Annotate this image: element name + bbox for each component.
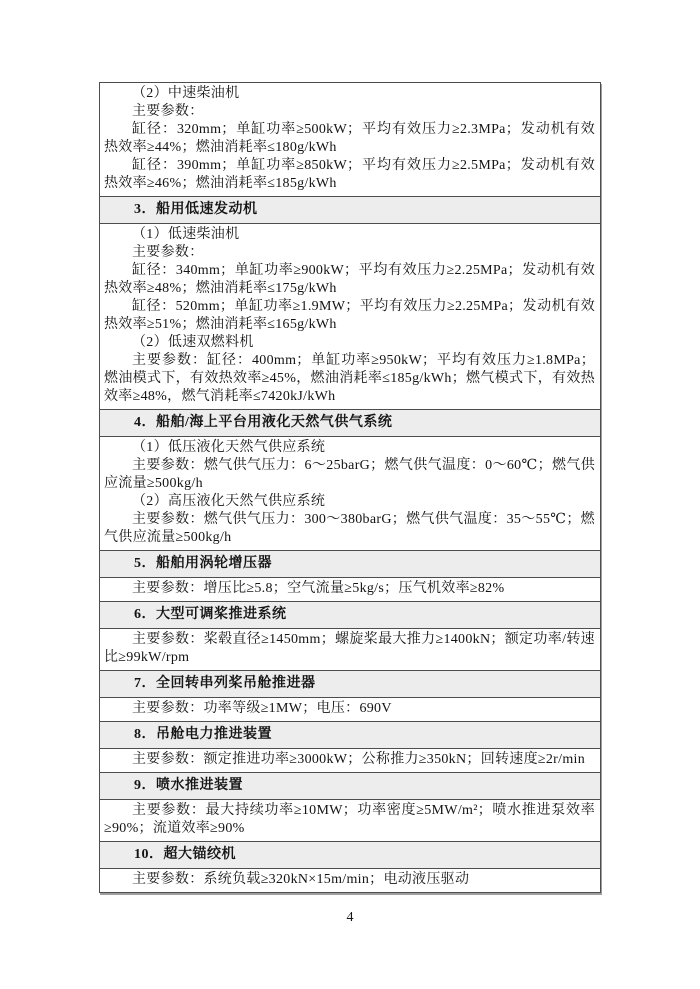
- spec-paragraph: 缸径：320mm；单缸功率≥500kW；平均有效压力≥2.3MPa；发动机有效热…: [104, 121, 595, 157]
- section-header-label: 4．船舶/海上平台用液化天然气供气系统: [100, 410, 601, 437]
- section-content-cell: 主要参数：最大持续功率≥10MW；功率密度≥5MW/m²；喷水推进泵效率≥90%…: [100, 800, 601, 842]
- section-header-row: 5．船舶用涡轮增压器: [100, 551, 601, 578]
- spec-paragraph: 主要参数：功率等级≥1MW；电压：690V: [104, 700, 595, 718]
- section-header-row: 3．船用低速发动机: [100, 197, 601, 224]
- spec-paragraph: （1）低速柴油机: [104, 226, 595, 244]
- spec-paragraph: 主要参数：最大持续功率≥10MW；功率密度≥5MW/m²；喷水推进泵效率≥90%…: [104, 802, 595, 838]
- page-number: 4: [0, 910, 700, 926]
- section-content-cell: （1）低压液化天然气供应系统主要参数：燃气供气压力：6～25barG；燃气供气温…: [100, 437, 601, 551]
- section-content-row: 主要参数：桨毂直径≥1450mm；螺旋桨最大推力≥1400kN；额定功率/转速比…: [100, 629, 601, 671]
- section-header-label: 3．船用低速发动机: [100, 197, 601, 224]
- spec-paragraph: 主要参数：桨毂直径≥1450mm；螺旋桨最大推力≥1400kN；额定功率/转速比…: [104, 631, 595, 667]
- spec-paragraph: 主要参数：额定推进功率≥3000kW；公称推力≥350kN；回转速度≥2r/mi…: [104, 751, 595, 769]
- section-content-cell: 主要参数：功率等级≥1MW；电压：690V: [100, 698, 601, 722]
- spec-paragraph: （2）高压液化天然气供应系统: [104, 493, 595, 511]
- section-content-cell: （1）低速柴油机主要参数：缸径：340mm；单缸功率≥900kW；平均有效压力≥…: [100, 224, 601, 410]
- spec-paragraph: 缸径：340mm；单缸功率≥900kW；平均有效压力≥2.25MPa；发动机有效…: [104, 262, 595, 298]
- section-content-row: （2）中速柴油机主要参数：缸径：320mm；单缸功率≥500kW；平均有效压力≥…: [100, 83, 601, 197]
- section-content-row: （1）低速柴油机主要参数：缸径：340mm；单缸功率≥900kW；平均有效压力≥…: [100, 224, 601, 410]
- spec-paragraph: 主要参数：系统负载≥320kN×15m/min；电动液压驱动: [104, 871, 595, 889]
- spec-paragraph: 缸径：390mm；单缸功率≥850kW；平均有效压力≥2.5MPa；发动机有效热…: [104, 157, 595, 193]
- section-header-row: 9．喷水推进装置: [100, 773, 601, 800]
- section-header-row: 8．吊舱电力推进装置: [100, 722, 601, 749]
- section-header-row: 7．全回转串列桨吊舱推进器: [100, 671, 601, 698]
- section-header-row: 10．超大锚绞机: [100, 842, 601, 869]
- section-content-row: 主要参数：最大持续功率≥10MW；功率密度≥5MW/m²；喷水推进泵效率≥90%…: [100, 800, 601, 842]
- spec-paragraph: 主要参数：增压比≥5.8；空气流量≥5kg/s；压气机效率≥82%: [104, 580, 595, 598]
- document-page: （2）中速柴油机主要参数：缸径：320mm；单缸功率≥500kW；平均有效压力≥…: [0, 0, 700, 989]
- section-content-cell: 主要参数：额定推进功率≥3000kW；公称推力≥350kN；回转速度≥2r/mi…: [100, 749, 601, 773]
- section-header-row: 6．大型可调桨推进系统: [100, 602, 601, 629]
- spec-paragraph: 主要参数：缸径：400mm；单缸功率≥950kW；平均有效压力≥1.8MPa；燃…: [104, 352, 595, 406]
- section-content-row: 主要参数：功率等级≥1MW；电压：690V: [100, 698, 601, 722]
- section-header-label: 6．大型可调桨推进系统: [100, 602, 601, 629]
- spec-paragraph: （2）低速双燃料机: [104, 334, 595, 352]
- section-content-row: （1）低压液化天然气供应系统主要参数：燃气供气压力：6～25barG；燃气供气温…: [100, 437, 601, 551]
- section-header-label: 9．喷水推进装置: [100, 773, 601, 800]
- spec-paragraph: 主要参数：燃气供气压力：6～25barG；燃气供气温度：0～60℃；燃气供应流量…: [104, 457, 595, 493]
- section-content-cell: （2）中速柴油机主要参数：缸径：320mm；单缸功率≥500kW；平均有效压力≥…: [100, 83, 601, 197]
- spec-table-body: （2）中速柴油机主要参数：缸径：320mm；单缸功率≥500kW；平均有效压力≥…: [100, 83, 601, 893]
- section-header-label: 10．超大锚绞机: [100, 842, 601, 869]
- spec-paragraph: 主要参数：: [104, 103, 595, 121]
- section-content-row: 主要参数：增压比≥5.8；空气流量≥5kg/s；压气机效率≥82%: [100, 578, 601, 602]
- section-header-label: 8．吊舱电力推进装置: [100, 722, 601, 749]
- spec-paragraph: 主要参数：燃气供气压力：300～380barG；燃气供气温度：35～55℃；燃气…: [104, 511, 595, 547]
- spec-paragraph: 主要参数：: [104, 244, 595, 262]
- section-content-row: 主要参数：额定推进功率≥3000kW；公称推力≥350kN；回转速度≥2r/mi…: [100, 749, 601, 773]
- section-content-cell: 主要参数：系统负载≥320kN×15m/min；电动液压驱动: [100, 869, 601, 893]
- spec-paragraph: 缸径：520mm；单缸功率≥1.9MW；平均有效压力≥2.25MPa；发动机有效…: [104, 298, 595, 334]
- section-header-label: 7．全回转串列桨吊舱推进器: [100, 671, 601, 698]
- spec-paragraph: （1）低压液化天然气供应系统: [104, 439, 595, 457]
- section-content-cell: 主要参数：桨毂直径≥1450mm；螺旋桨最大推力≥1400kN；额定功率/转速比…: [100, 629, 601, 671]
- section-header-row: 4．船舶/海上平台用液化天然气供气系统: [100, 410, 601, 437]
- section-content-row: 主要参数：系统负载≥320kN×15m/min；电动液压驱动: [100, 869, 601, 893]
- section-header-label: 5．船舶用涡轮增压器: [100, 551, 601, 578]
- spec-table: （2）中速柴油机主要参数：缸径：320mm；单缸功率≥500kW；平均有效压力≥…: [99, 82, 601, 893]
- spec-paragraph: （2）中速柴油机: [104, 85, 595, 103]
- section-content-cell: 主要参数：增压比≥5.8；空气流量≥5kg/s；压气机效率≥82%: [100, 578, 601, 602]
